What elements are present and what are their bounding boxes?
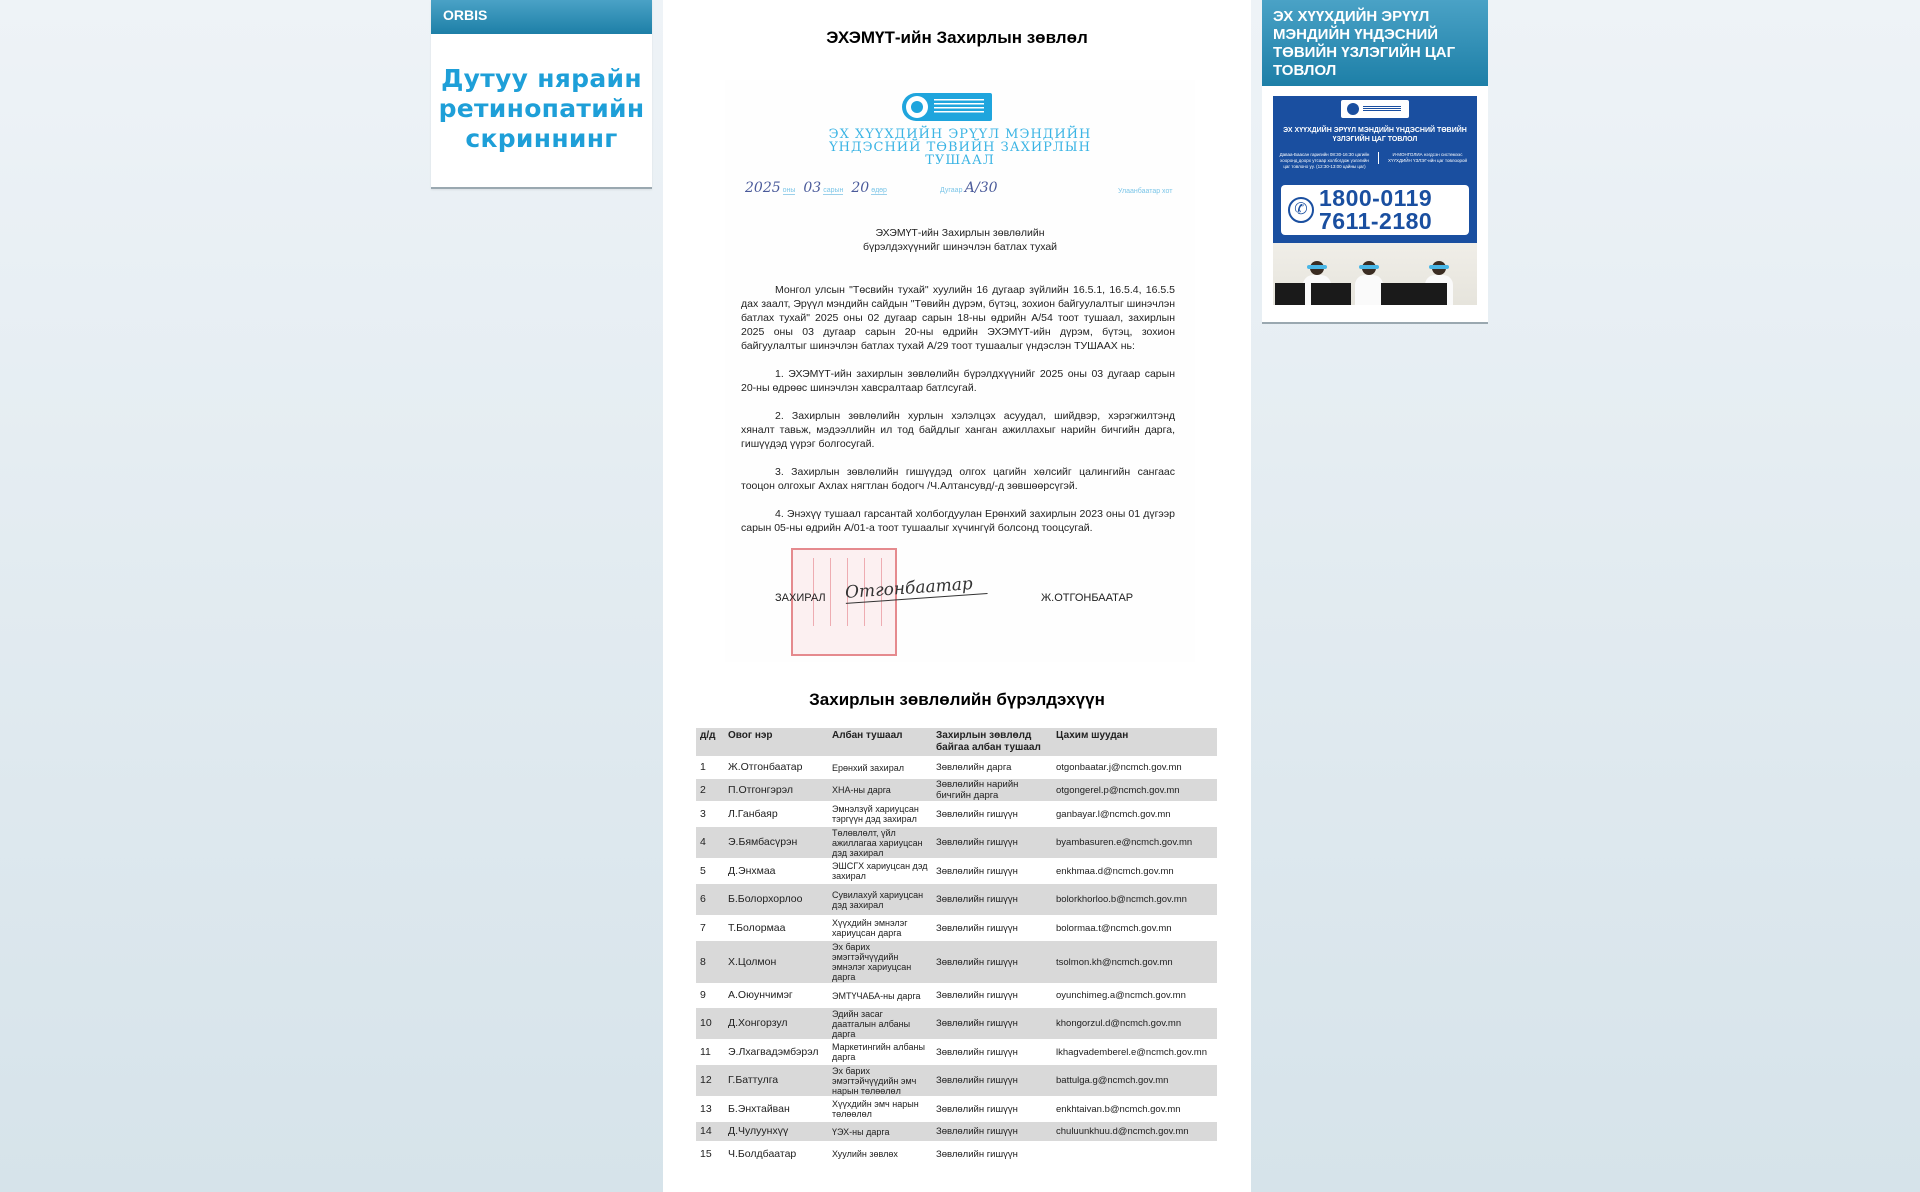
cell-name: Д.Чулуунхүү: [724, 1121, 828, 1143]
cell-position: Эдийн засаг даатгалын албаны дарга: [828, 1007, 932, 1041]
cell-name: Э.Бямбасүрэн: [724, 826, 828, 860]
document-paragraph: Монгол улсын "Төсвийн тухай" хуулийн 16 …: [741, 283, 1175, 353]
page-title: ЭХЭМҮТ-ийн Захирлын зөвлөл: [663, 28, 1251, 48]
signer-name: Ж.ОТГОНБААТАР: [1041, 592, 1133, 604]
phone-number-1: 1800-0119: [1319, 187, 1432, 210]
cell-email: [1052, 1143, 1217, 1165]
cell-num: 10: [696, 1007, 724, 1041]
cell-num: 3: [696, 803, 724, 826]
cell-council-role: Зөвлөлийн гишүүн: [932, 1041, 1052, 1064]
council-members-table: д/д Овог нэр Албан тушаал Захирлын зөвлө…: [696, 728, 1217, 1165]
cell-position: Хүүхдийн эмч нарын төлөөлөл: [828, 1098, 932, 1121]
header-name: Овог нэр: [724, 728, 828, 758]
cell-name: Д.Энхмаа: [724, 860, 828, 883]
cell-council-role: Зөвлөлийн гишүүн: [932, 826, 1052, 860]
cell-email: tsolmon.kh@ncmch.gov.mn: [1052, 940, 1217, 985]
cell-num: 1: [696, 758, 724, 778]
cell-num: 4: [696, 826, 724, 860]
table-row: 1Ж.ОтгонбаатарЕрөнхий захиралЗөвлөлийн д…: [696, 758, 1217, 778]
cell-council-role: Зөвлөлийн гишүүн: [932, 883, 1052, 917]
cell-num: 8: [696, 940, 724, 985]
cell-name: Л.Ганбаяр: [724, 803, 828, 826]
cell-position: Эх барих эмэгтэйчүүдийн эмнэлэг хариуцса…: [828, 940, 932, 985]
cell-council-role: Зөвлөлийн дарга: [932, 758, 1052, 778]
cell-name: Ж.Отгонбаатар: [724, 758, 828, 778]
cell-name: Б.Болорхорлоо: [724, 883, 828, 917]
table-row: 13Б.ЭнхтайванХүүхдийн эмч нарын төлөөлөл…: [696, 1098, 1217, 1121]
cell-num: 5: [696, 860, 724, 883]
table-row: 4Э.БямбасүрэнТөлөвлөлт, үйл ажиллагаа ха…: [696, 826, 1217, 860]
cell-name: Б.Энхтайван: [724, 1098, 828, 1121]
cell-name: А.Оюунчимэг: [724, 985, 828, 1007]
cell-position: ЭШСГХ хариуцсан дэд захирал: [828, 860, 932, 883]
document-city: Улаанбаатар хот: [1118, 188, 1172, 195]
cell-position: Хуулийн зөвлөх: [828, 1143, 932, 1165]
retinopathy-screening-link[interactable]: Дутуу нярайн ретинопатийн скриннинг: [431, 34, 652, 154]
cell-email: lkhagvademberel.e@ncmch.gov.mn: [1052, 1041, 1217, 1064]
call-center-photo: [1273, 243, 1477, 305]
cell-position: ХНА-ны дарга: [828, 778, 932, 803]
cell-name: Ч.Болдбаатар: [724, 1143, 828, 1165]
table-row: 9А.ОюунчимэгЭМТҮЧАБА-ны даргаЗөвлөлийн г…: [696, 985, 1217, 1007]
cell-email: otgonbaatar.j@ncmch.gov.mn: [1052, 758, 1217, 778]
table-row: 14Д.ЧулуунхүүҮЭХ-ны даргаЗөвлөлийн гишүү…: [696, 1121, 1217, 1143]
cell-council-role: Зөвлөлийн гишүүн: [932, 1121, 1052, 1143]
cell-email: chuluunkhuu.d@ncmch.gov.mn: [1052, 1121, 1217, 1143]
table-row: 6Б.БолорхорлооСувилахуй хариуцсан дэд за…: [696, 883, 1217, 917]
table-row: 7Т.БолормааХүүхдийн эмнэлэг хариуцсан да…: [696, 917, 1217, 940]
main-content: ЭХЭМҮТ-ийн Захирлын зөвлөл ЭХ ХҮҮХДИЙН Э…: [663, 0, 1251, 1192]
cell-position: Эх барих эмэгтэйчүүдийн эмч нарын төлөөл…: [828, 1064, 932, 1098]
document-paragraph: 4. Энэхүү тушаал гарсантай холбогдуулан …: [741, 507, 1175, 535]
link-line-2: ретинопатийн: [431, 94, 652, 124]
document-signature-block: ЗАХИРАЛ Отгонбаатар Ж.ОТГОНБААТАР: [725, 548, 1195, 658]
cell-name: Э.Лхагвадэмбэрэл: [724, 1041, 828, 1064]
cell-council-role: Зөвлөлийн гишүүн: [932, 1143, 1052, 1165]
cell-council-role: Зөвлөлийн гишүүн: [932, 1007, 1052, 1041]
cell-email: oyunchimeg.a@ncmch.gov.mn: [1052, 985, 1217, 1007]
cell-council-role: Зөвлөлийн гишүүн: [932, 985, 1052, 1007]
cell-email: bolorkhorloo.b@ncmch.gov.mn: [1052, 883, 1217, 917]
orbis-widget: ORBIS Дутуу нярайн ретинопатийн скриннин…: [431, 0, 652, 189]
cell-name: Д.Хонгорзул: [724, 1007, 828, 1041]
cell-council-role: Зөвлөлийн нарийн бичгийн дарга: [932, 778, 1052, 803]
cell-num: 12: [696, 1064, 724, 1098]
cell-name: Г.Баттулга: [724, 1064, 828, 1098]
section-title: Захирлын зөвлөлийн бүрэлдэхүүн: [663, 690, 1251, 710]
table-row: 3Л.ГанбаярЭмнэлзүй хариуцсан тэргүүн дэд…: [696, 803, 1217, 826]
cell-num: 9: [696, 985, 724, 1007]
cell-email: battulga.g@ncmch.gov.mn: [1052, 1064, 1217, 1098]
phone-icon: ✆: [1288, 197, 1314, 223]
cell-num: 7: [696, 917, 724, 940]
cell-email: enkhtaivan.b@ncmch.gov.mn: [1052, 1098, 1217, 1121]
cell-email: otgongerel.p@ncmch.gov.mn: [1052, 778, 1217, 803]
cell-position: ЭМТҮЧАБА-ны дарга: [828, 985, 932, 1007]
table-row: 8Х.ЦолмонЭх барих эмэгтэйчүүдийн эмнэлэг…: [696, 940, 1217, 985]
banner-title: ЭХ ХҮҮХДИЙН ЭРҮҮЛ МЭНДИЙН ҮНДЭСНИЙ ТӨВИЙ…: [1279, 126, 1471, 144]
cell-num: 14: [696, 1121, 724, 1143]
cell-num: 13: [696, 1098, 724, 1121]
cell-email: byambasuren.e@ncmch.gov.mn: [1052, 826, 1217, 860]
document-meta: 2025оны 03сарын 20өдөр Дугаар А/30 Улаан…: [745, 180, 1195, 200]
cell-council-role: Зөвлөлийн гишүүн: [932, 1098, 1052, 1121]
cell-position: Эмнэлзүй хариуцсан тэргүүн дэд захирал: [828, 803, 932, 826]
cell-council-role: Зөвлөлийн гишүүн: [932, 940, 1052, 985]
appointment-banner[interactable]: ЭХ ХҮҮХДИЙН ЭРҮҮЛ МЭНДИЙН ҮНДЭСНИЙ ТӨВИЙ…: [1273, 96, 1477, 305]
cell-email: khongorzul.d@ncmch.gov.mn: [1052, 1007, 1217, 1041]
cell-name: Т.Болормаа: [724, 917, 828, 940]
table-row: 11Э.ЛхагвадэмбэрэлМаркетингийн албаны да…: [696, 1041, 1217, 1064]
header-email: Цахим шуудан: [1052, 728, 1217, 758]
document-number: Дугаар А/30: [940, 180, 998, 196]
cell-num: 6: [696, 883, 724, 917]
document-paragraph: 1. ЭХЭМҮТ-ийн захирлын зөвлөлийн бүрэлдх…: [741, 367, 1175, 395]
ncmch-logo: [902, 93, 992, 121]
cell-council-role: Зөвлөлийн гишүүн: [932, 1064, 1052, 1098]
table-row: 15Ч.БолдбаатарХуулийн зөвлөхЗөвлөлийн ги…: [696, 1143, 1217, 1165]
banner-phone-box: ✆ 1800-0119 7611-2180: [1281, 185, 1469, 235]
ncmch-logo-icon: [1341, 100, 1409, 118]
document-date: 2025оны 03сарын 20өдөр: [745, 180, 893, 196]
link-line-1: Дутуу нярайн: [431, 64, 652, 94]
appointment-widget-header: ЭХ ХҮҮХДИЙН ЭРҮҮЛ МЭНДИЙН ҮНДЭСНИЙ ТӨВИЙ…: [1262, 0, 1488, 86]
mother-child-logo-icon: [906, 96, 928, 118]
cell-position: Хүүхдийн эмнэлэг хариуцсан дарга: [828, 917, 932, 940]
document-org-name: ЭХ ХҮҮХДИЙН ЭРҮҮЛ МЭНДИЙН ҮНДЭСНИЙ ТӨВИЙ…: [725, 128, 1195, 167]
banner-hours-text: Даваа-Баасан гаригийн 08:30-16:30 цагийн…: [1277, 152, 1372, 170]
link-line-3: скриннинг: [431, 124, 652, 154]
document-paragraph: 3. Захирлын зөвлөлийн гишүүдэд олгох цаг…: [741, 465, 1175, 493]
cell-name: П.Отгонгэрэл: [724, 778, 828, 803]
cell-email: bolormaa.t@ncmch.gov.mn: [1052, 917, 1217, 940]
cell-position: ҮЭХ-ны дарга: [828, 1121, 932, 1143]
orbis-widget-header: ORBIS: [431, 0, 652, 34]
cell-num: 2: [696, 778, 724, 803]
cell-num: 11: [696, 1041, 724, 1064]
appointment-widget: ЭХ ХҮҮХДИЙН ЭРҮҮЛ МЭНДИЙН ҮНДЭСНИЙ ТӨВИЙ…: [1262, 0, 1488, 324]
header-position: Албан тушаал: [828, 728, 932, 758]
table-header-row: д/д Овог нэр Албан тушаал Захирлын зөвлө…: [696, 728, 1217, 758]
table-row: 5Д.ЭнхмааЭШСГХ хариуцсан дэд захиралЗөвл…: [696, 860, 1217, 883]
cell-position: Маркетингийн албаны дарга: [828, 1041, 932, 1064]
document-subject: ЭХЭМҮТ-ийн Захирлын зөвлөлийн бүрэлдэхүү…: [725, 226, 1195, 254]
order-document-image: ЭХ ХҮҮХДИЙН ЭРҮҮЛ МЭНДИЙН ҮНДЭСНИЙ ТӨВИЙ…: [725, 80, 1195, 662]
cell-position: Сувилахуй хариуцсан дэд захирал: [828, 883, 932, 917]
sign-role: ЗАХИРАЛ: [775, 592, 826, 604]
banner-emongolia-text: И-МОНГОЛИА нэгдсэн системээс ХҮҮХДИЙН ҮЗ…: [1378, 152, 1473, 164]
table-row: 12Г.БаттулгаЭх барих эмэгтэйчүүдийн эмч …: [696, 1064, 1217, 1098]
cell-position: Ерөнхий захирал: [828, 758, 932, 778]
phone-number-2: 7611-2180: [1319, 210, 1432, 233]
cell-num: 15: [696, 1143, 724, 1165]
document-paragraph: 2. Захирлын зөвлөлийн хурлын хэлэлцэх ас…: [741, 409, 1175, 451]
cell-name: Х.Цолмон: [724, 940, 828, 985]
header-num: д/д: [696, 728, 724, 758]
table-row: 10Д.ХонгорзулЭдийн засаг даатгалын албан…: [696, 1007, 1217, 1041]
cell-council-role: Зөвлөлийн гишүүн: [932, 803, 1052, 826]
cell-email: ganbayar.l@ncmch.gov.mn: [1052, 803, 1217, 826]
table-row: 2П.ОтгонгэрэлХНА-ны даргаЗөвлөлийн нарий…: [696, 778, 1217, 803]
cell-council-role: Зөвлөлийн гишүүн: [932, 860, 1052, 883]
cell-email: enkhmaa.d@ncmch.gov.mn: [1052, 860, 1217, 883]
document-body: Монгол улсын "Төсвийн тухай" хуулийн 16 …: [741, 283, 1175, 549]
cell-position: Төлөвлөлт, үйл ажиллагаа хариуцсан дэд з…: [828, 826, 932, 860]
header-council-role: Захирлын зөвлөлд байгаа албан тушаал: [932, 728, 1052, 758]
cell-council-role: Зөвлөлийн гишүүн: [932, 917, 1052, 940]
